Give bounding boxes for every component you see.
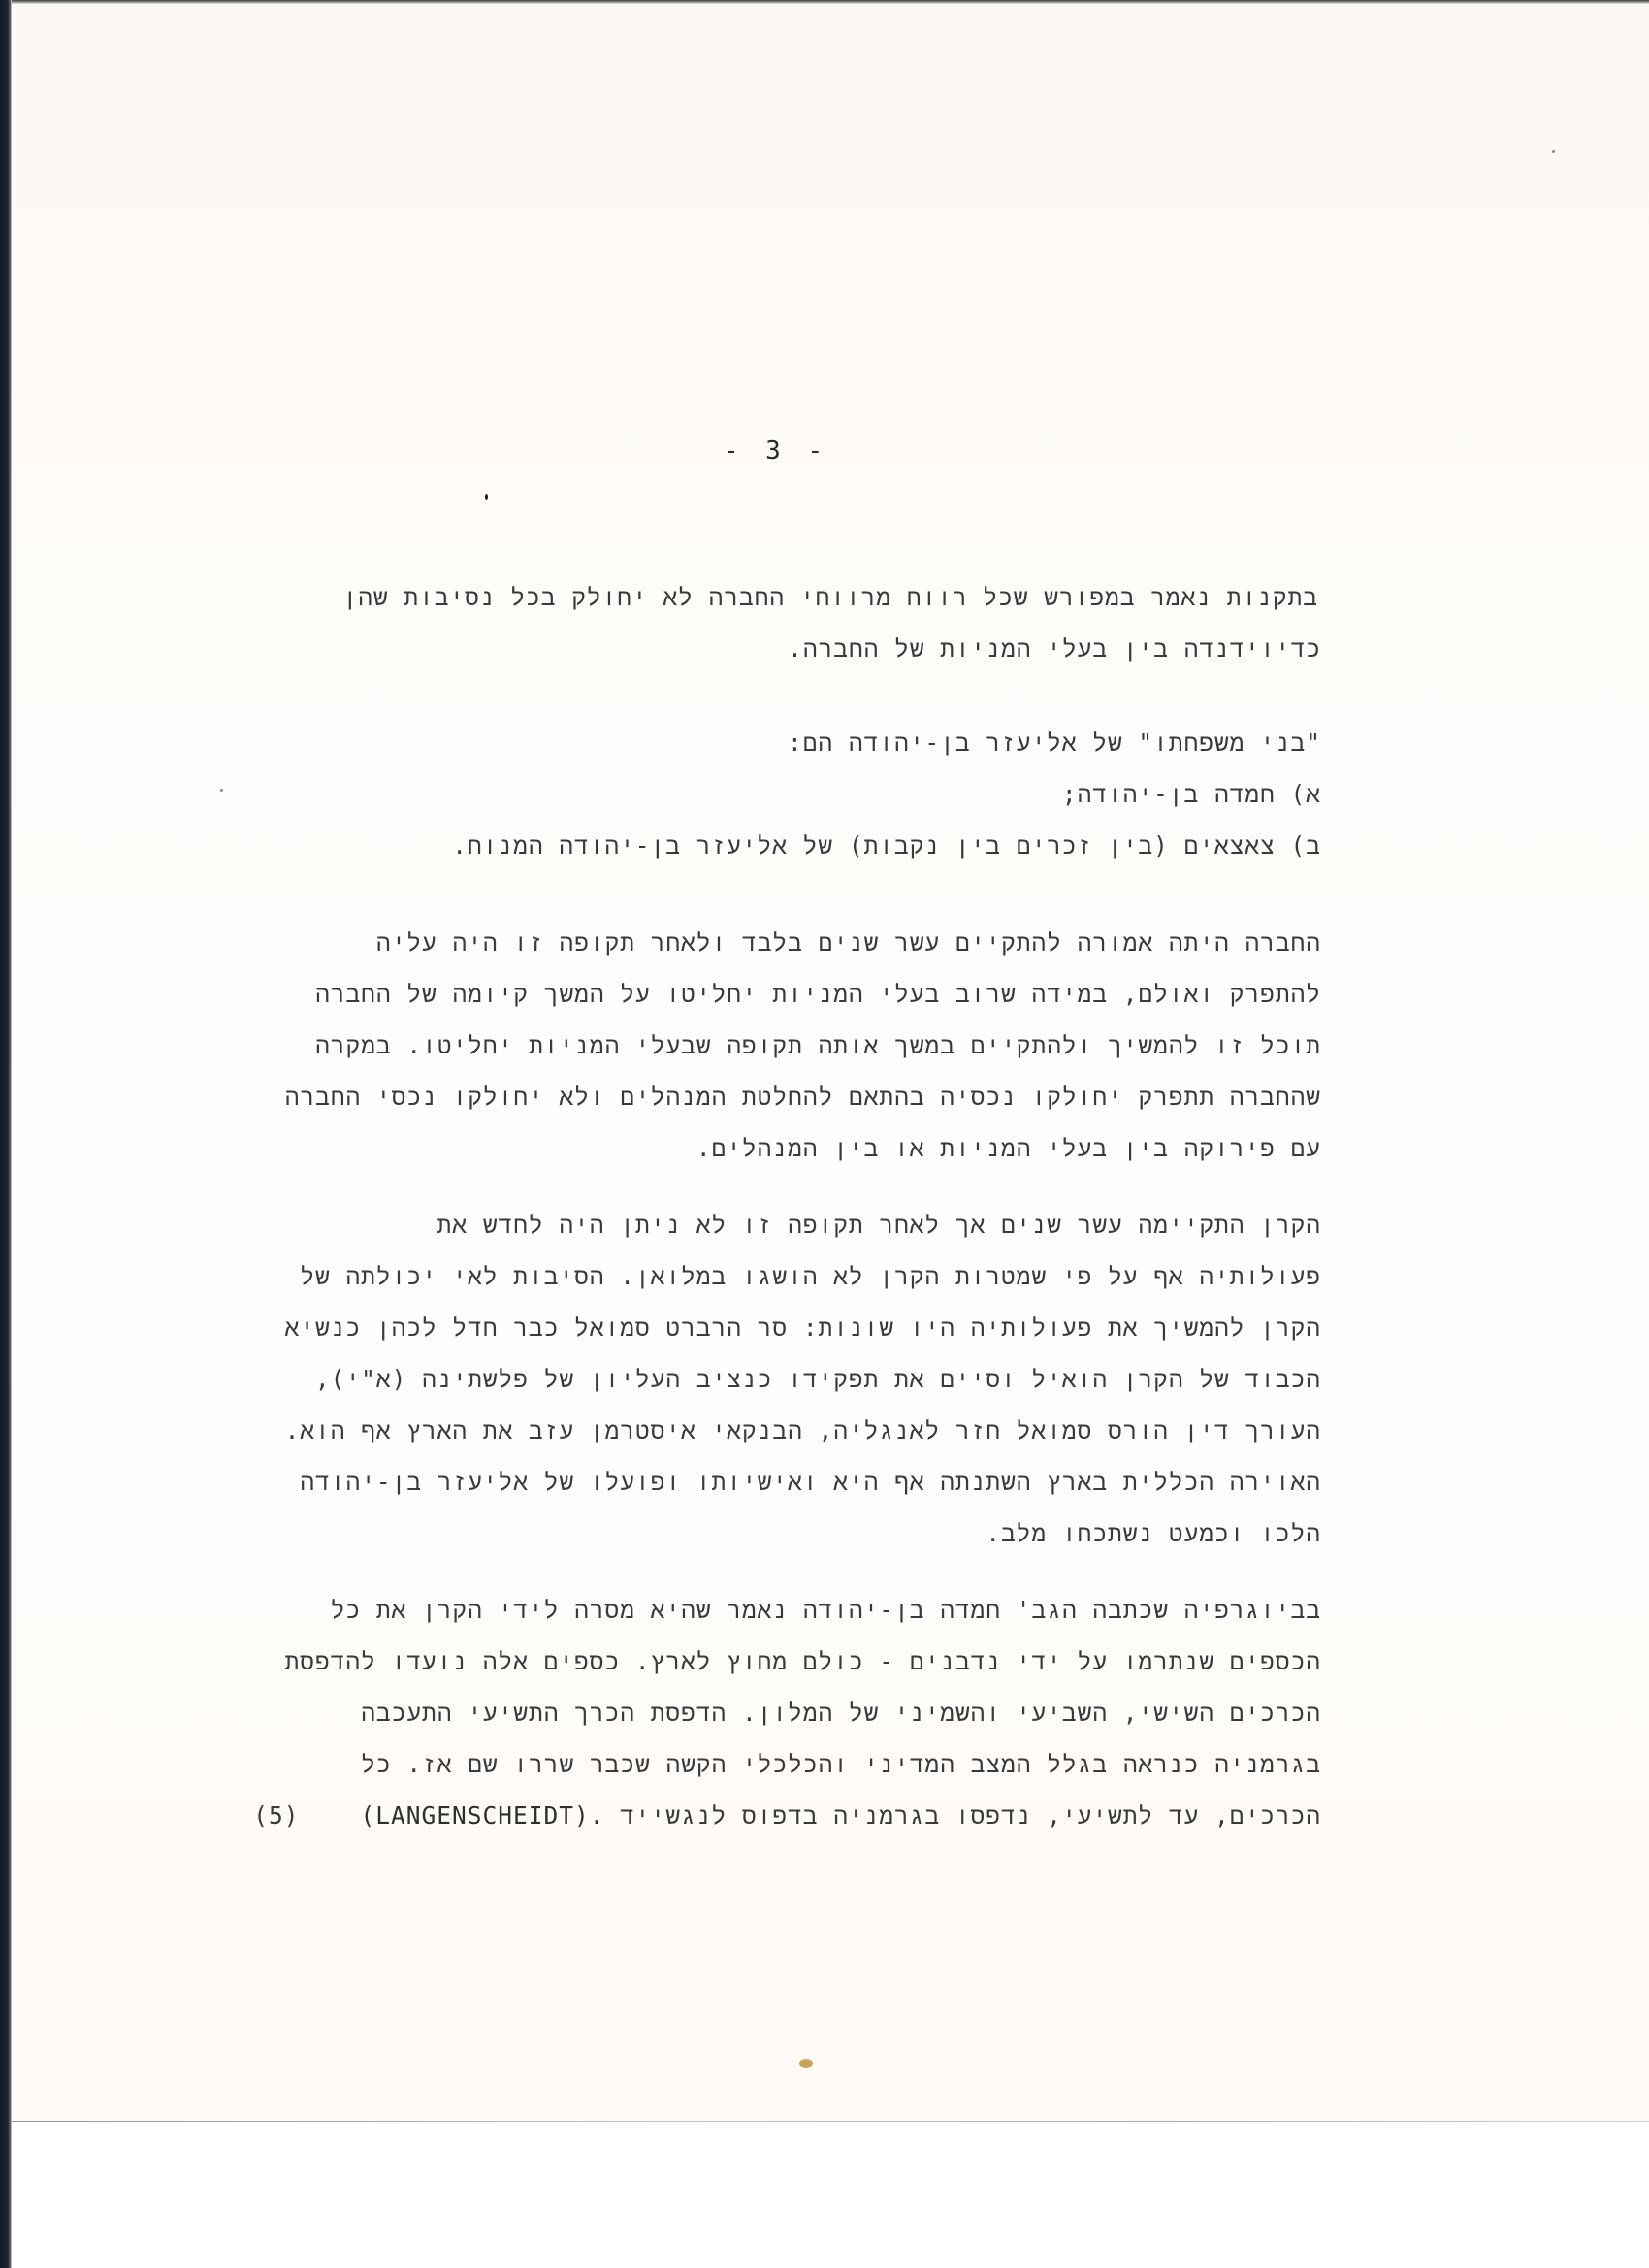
text-line: האוירה הכללית בארץ השתנתה אף היא ואישיות…	[300, 1465, 1321, 1500]
text-line-final: הכרכים, עד לתשיעי, נדפסו בגרמניה בדפוס ל…	[253, 1798, 1321, 1833]
text-line: שהחברה תתפרק יחולקו נכסיה בהתאם להחלטת ה…	[285, 1080, 1321, 1115]
text-line: החברה היתה אמורה להתקיים עשר שנים בלבד ו…	[376, 925, 1321, 960]
text-line: הכספים שנתרמו על ידי נדבנים - כולם מחוץ …	[285, 1644, 1321, 1679]
text-line: תוכל זו להמשיך ולהתקיים במשך אותה תקופה …	[315, 1028, 1321, 1063]
scanner-bed-background	[12, 2122, 1649, 2268]
text-line: בביוגרפיה שכתבה הגב' חמדה בן-יהודה נאמר …	[331, 1593, 1321, 1628]
text-line: עם פירוקה בין בעלי המניות או בין המנהלים…	[696, 1131, 1321, 1166]
text-line: הקרן להמשיך את פעולותיה היו שונות: סר הר…	[285, 1311, 1321, 1345]
page-number: - 3 -	[718, 437, 834, 466]
text-line: בתקנות נאמר במפורש שכל רווח מרווחי החברה…	[343, 580, 1318, 615]
text-line: הכרכים השישי, השביעי והשמיני של המלון. ה…	[361, 1696, 1321, 1731]
scanner-bed-left-edge	[0, 0, 12, 2268]
list-item: ב) צאצאים (בין זכרים בין נקבות) של אליעז…	[452, 828, 1321, 863]
final-line-latin: (LANGENSCHEIDT).	[361, 1798, 605, 1833]
text-line: להתפרק ואולם, במידה שרוב בעלי המניות יחל…	[315, 977, 1321, 1012]
footnote-reference: (5)	[253, 1801, 299, 1830]
text-line: הלכו וכמעט נשתכחו מלב.	[986, 1516, 1321, 1551]
text-line: בגרמניה כנראה בגלל המצב המדיני והכלכלי ה…	[361, 1747, 1321, 1782]
text-line: "בני משפחתו" של אליעזר בן-יהודה הם:	[788, 726, 1321, 761]
text-line: פעולותיה אף על פי שמטרות הקרן לא הושגו ב…	[300, 1259, 1321, 1294]
text-line: הקרן התקיימה עשר שנים אך לאחר תקופה זו ל…	[437, 1208, 1321, 1243]
ink-speck	[220, 789, 223, 792]
final-line-hebrew: הכרכים, עד לתשיעי, נדפסו בגרמניה בדפוס ל…	[620, 1801, 1321, 1830]
paper-stain	[799, 2059, 813, 2068]
ink-speck	[1552, 150, 1555, 153]
ink-speck	[485, 494, 488, 500]
text-line: העורך דין הורס סמואל חזר לאנגליה, הבנקאי…	[285, 1413, 1321, 1448]
text-line: כדיוידנדה בין בעלי המניות של החברה.	[788, 632, 1321, 666]
list-item: א) חמדה בן-יהודה;	[1062, 777, 1321, 812]
text-line: הכבוד של הקרן הואיל וסיים את תפקידו כנצי…	[315, 1362, 1321, 1397]
